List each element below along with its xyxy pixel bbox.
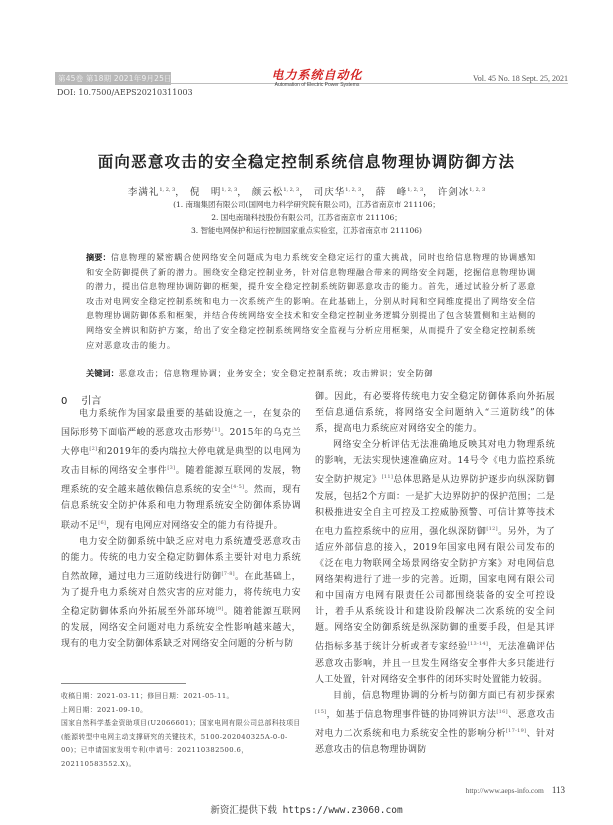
citation: [17-19] (506, 728, 526, 734)
footnote-funding: 国家自然科学基金资助项目(U2066601)；国家电网有限公司总部科技项目(能源… (61, 717, 301, 771)
footnotes: 收稿日期：2021-03-11；修回日期：2021-05-11。 上网日期：20… (61, 690, 301, 771)
body-text: ，如基于信息物理事件链的协同辨识方法 (326, 710, 496, 720)
journal-url[interactable]: http://www.aeps-info.com (466, 786, 544, 795)
abstract: 摘要：信息物理的紧密耦合使网络安全问题成为电力系统安全稳定运行的重大挑战，同时也… (86, 250, 536, 352)
journal-logo: 电力系统自动化 Automation of Electric Power Sys… (262, 68, 372, 89)
author-affil-sup: 1, 2, 3 (221, 187, 237, 193)
author: 薛 峰 (376, 187, 408, 198)
author: 司庆华 (314, 187, 346, 198)
citation: [11] (382, 474, 393, 480)
body-text: 御。因此，有必要将传统电力安全稳定防御体系向外拓展至信息通信系统，将网络安全问题… (315, 392, 555, 434)
affiliation-1: (1. 南瑞集团有限公司(国网电力科学研究院有限公司)，江苏省南京市 21110… (0, 199, 613, 210)
author-separator: ， (299, 187, 310, 198)
citation: [16] (496, 709, 507, 715)
body-text: 。另外，为了适应外部信息的接入，2019年国家电网有限公司发布的《泛在电力物联网… (315, 527, 555, 653)
page-footer: http://www.aeps-info.com113 (466, 785, 565, 795)
page-number: 113 (552, 785, 565, 795)
paragraph: 网络安全分析评估无法准确地反映其对电力物理系统的影响，无法实现快速准确应对。14… (315, 437, 555, 687)
volume-info: Vol. 45 No. 18 Sept. 25, 2021 (473, 74, 568, 83)
keywords-label: 关键词： (86, 368, 119, 378)
affiliation-2: 2. 国电南瑞科技股份有限公司，江苏省南京市 211106； (0, 212, 613, 223)
footnote-divider (61, 683, 186, 684)
abstract-text: 信息物理的紧密耦合使网络安全问题成为电力系统安全稳定运行的重大挑战，同时也给信息… (86, 252, 536, 350)
paragraph: 电力安全防御系统中缺乏应对电力系统遭受恶意攻击的能力。传统的电力安全稳定防御体系… (61, 534, 301, 653)
paragraph: 电力系统作为国家最重要的基础设施之一，在复杂的国际形势下面临严峻的恶意攻击形势[… (61, 406, 301, 534)
watermark-url[interactable]: https://www.z3060.com (283, 805, 403, 816)
section-heading: 0引言 (61, 392, 101, 407)
abstract-label: 摘要： (86, 252, 111, 262)
paragraph: 目前，信息物理协调的分析与防御方面已有初步探索[15]，如基于信息物理事件链的协… (315, 688, 555, 758)
paragraph: 御。因此，有必要将传统电力安全稳定防御体系向外拓展至信息通信系统，将网络安全问题… (315, 389, 555, 437)
citation: [15] (315, 709, 326, 715)
author-affil-sup: 1, 2, 3 (345, 187, 361, 193)
citation: [13-14] (468, 641, 488, 647)
keywords: 关键词：恶意攻击；信息物理协调；业务安全；安全稳定控制系统；攻击辨识；安全防御 (86, 368, 536, 379)
author-separator: ， (361, 187, 372, 198)
footnote-online-date: 上网日期：2021-09-10。 (61, 704, 301, 718)
article-title: 面向恶意攻击的安全稳定控制系统信息物理协调防御方法 (0, 150, 613, 172)
author: 许剑冰 (438, 187, 470, 198)
affiliation-3: 3. 智能电网保护和运行控制国家重点实验室，江苏省南京市 211106) (0, 225, 613, 236)
download-watermark: 新资汇提供下载 https://www.z3060.com (0, 802, 613, 816)
author-affil-sup: 1, 2, 3 (469, 187, 485, 193)
citation: [4-5] (231, 484, 244, 490)
author-affil-sup: 1, 2, 3 (283, 187, 299, 193)
author-affil-sup: 1, 2, 3 (407, 187, 423, 193)
doi: DOI: 10.7500/AEPS20210311003 (57, 88, 193, 97)
author: 颜云松 (252, 187, 284, 198)
journal-name-cn: 电力系统自动化 (262, 68, 372, 82)
author-separator: ， (423, 187, 434, 198)
author-separator: ， (237, 187, 248, 198)
author-separator: ， (175, 187, 186, 198)
citation: [7-8] (221, 571, 234, 577)
body-text: 目前，信息物理协调的分析与防御方面已有初步探索 (333, 691, 555, 701)
footnote-dates: 收稿日期：2021-03-11；修回日期：2021-05-11。 (61, 690, 301, 704)
citation: [1] (212, 427, 220, 433)
journal-name-en: Automation of Electric Power Systems (262, 82, 372, 89)
body-column-left: 电力系统作为国家最重要的基础设施之一，在复杂的国际形势下面临严峻的恶意攻击形势[… (61, 406, 301, 652)
author-affil-sup: 1, 2, 3 (159, 187, 175, 193)
citation: [6] (98, 520, 106, 526)
watermark-text: 新资汇提供下载 (210, 805, 277, 816)
keywords-text: 恶意攻击；信息物理协调；业务安全；安全稳定控制系统；攻击辨识；安全防御 (119, 368, 434, 378)
body-column-right: 御。因此，有必要将传统电力安全稳定防御体系向外拓展至信息通信系统，将网络安全问题… (315, 389, 555, 758)
citation: [12] (486, 526, 497, 532)
issue-band: 第45卷 第18期 2021年9月25日 (55, 72, 171, 85)
author: 倪 明 (190, 187, 222, 198)
author-list: 李满礼1, 2, 3， 倪 明1, 2, 3， 颜云松1, 2, 3， 司庆华1… (0, 184, 613, 198)
author: 李满礼 (128, 187, 160, 198)
citation: [9] (216, 606, 224, 612)
body-text: ，现有电网应对网络安全的能力有待提升。 (106, 521, 283, 531)
